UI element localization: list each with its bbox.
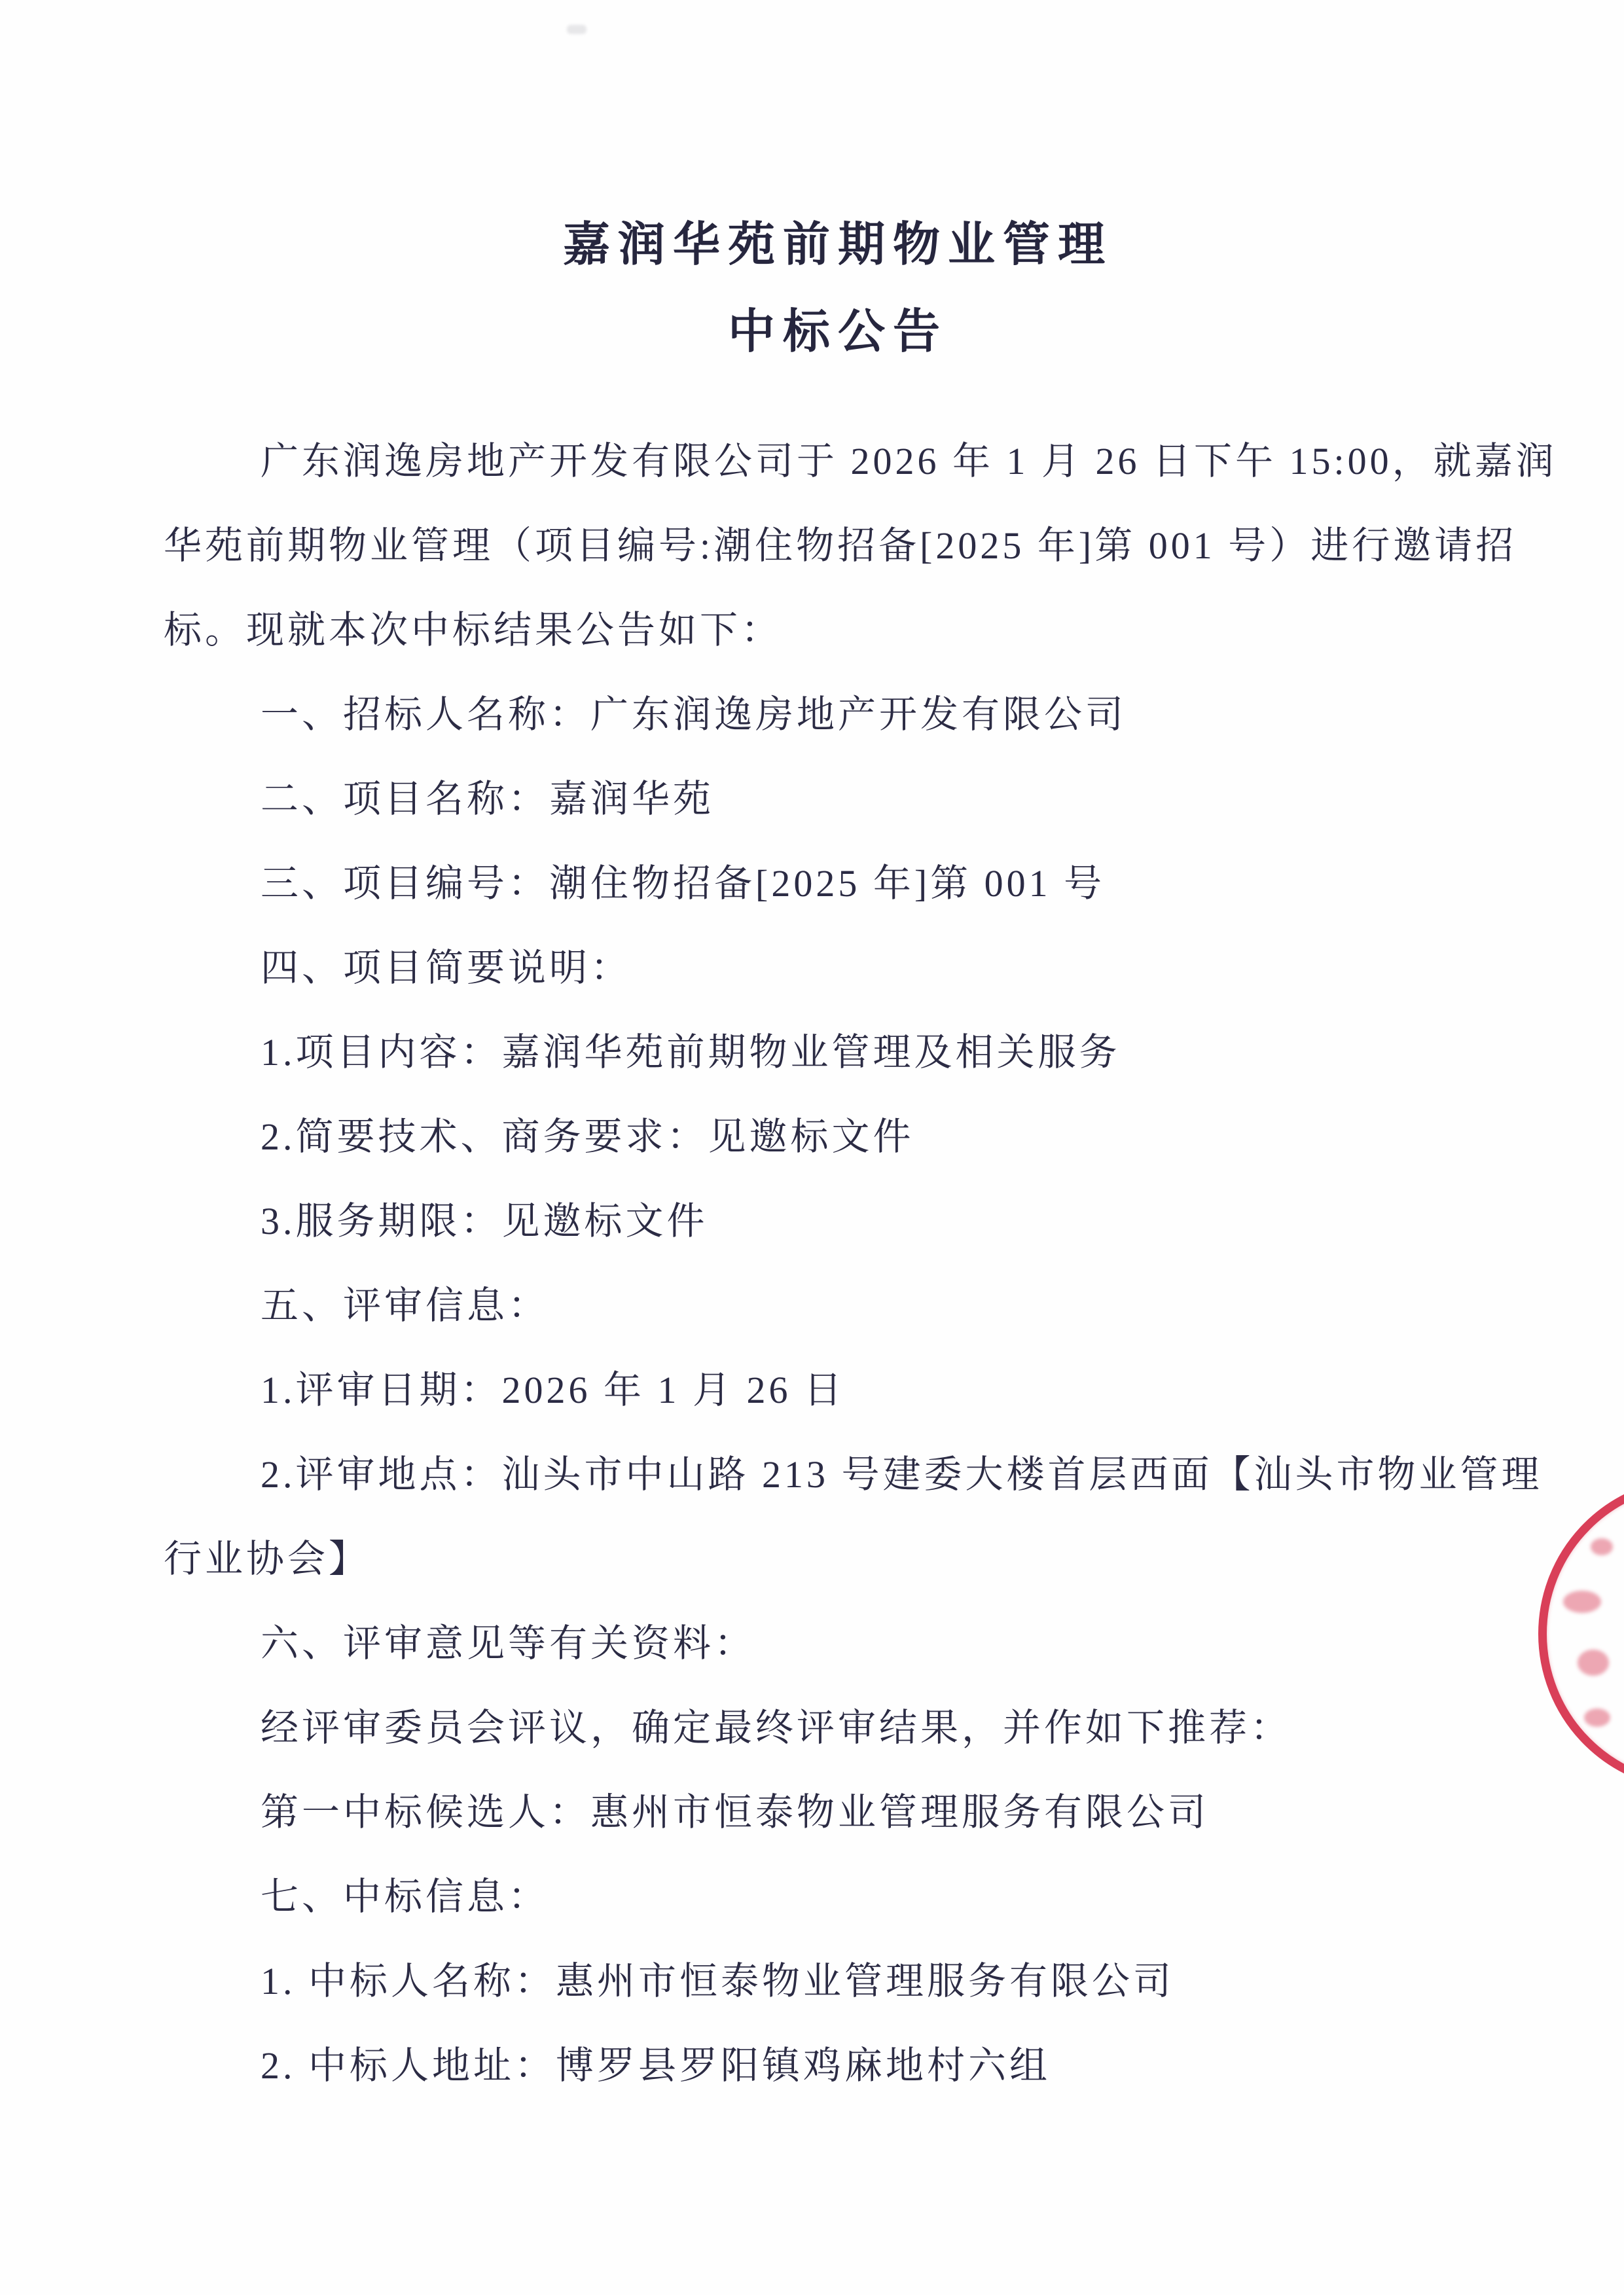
text-line: 2.评审地点：汕头市中山路 213 号建委大楼首层西面【汕头市物业管理 bbox=[164, 1432, 1538, 1517]
text-line: 1. 中标人名称：惠州市恒泰物业管理服务有限公司 bbox=[164, 1939, 1538, 2023]
text-line: 1.项目内容：嘉润华苑前期物业管理及相关服务 bbox=[164, 1010, 1538, 1094]
scanned-document-page: 嘉润华苑前期物业管理 中标公告 广东润逸房地产开发有限公司于 2026 年 1 … bbox=[0, 0, 1624, 2295]
red-seal-stamp bbox=[1538, 1477, 1624, 1790]
text-line: 华苑前期物业管理（项目编号:潮住物招备[2025 年]第 001 号）进行邀请招 bbox=[164, 503, 1538, 588]
seal-ink-speck bbox=[1578, 1650, 1609, 1676]
text-line: 七、中标信息： bbox=[164, 1854, 1538, 1939]
text-line: 行业协会】 bbox=[164, 1517, 1538, 1601]
text-line: 1.评审日期：2026 年 1 月 26 日 bbox=[164, 1348, 1538, 1432]
scan-smudge-artifact bbox=[567, 25, 586, 34]
seal-ink-speck bbox=[1591, 1538, 1613, 1555]
text-line: 三、项目编号：潮住物招备[2025 年]第 001 号 bbox=[164, 841, 1538, 926]
text-line: 一、招标人名称：广东润逸房地产开发有限公司 bbox=[164, 672, 1538, 757]
seal-ink-speck bbox=[1584, 1708, 1610, 1727]
document-title-line1: 嘉润华苑前期物业管理 bbox=[190, 206, 1486, 274]
text-line: 2.简要技术、商务要求：见邀标文件 bbox=[164, 1094, 1538, 1179]
text-line: 第一中标候选人：惠州市恒泰物业管理服务有限公司 bbox=[164, 1770, 1538, 1854]
document-lines: 广东润逸房地产开发有限公司于 2026 年 1 月 26 日下午 15:00，就… bbox=[164, 419, 1538, 2108]
document-title-line2: 中标公告 bbox=[190, 293, 1486, 361]
text-line: 标。现就本次中标结果公告如下： bbox=[164, 588, 1538, 672]
text-line: 四、项目简要说明： bbox=[164, 926, 1538, 1010]
seal-ink-speck bbox=[1563, 1591, 1601, 1613]
text-line: 经评审委员会评议，确定最终评审结果，并作如下推荐： bbox=[164, 1686, 1538, 1770]
text-line: 广东润逸房地产开发有限公司于 2026 年 1 月 26 日下午 15:00，就… bbox=[164, 419, 1538, 503]
text-line: 六、评审意见等有关资料： bbox=[164, 1601, 1538, 1686]
text-line: 2. 中标人地址：博罗县罗阳镇鸡麻地村六组 bbox=[164, 2023, 1538, 2108]
text-line: 二、项目名称：嘉润华苑 bbox=[164, 757, 1538, 841]
text-line: 五、评审信息： bbox=[164, 1263, 1538, 1348]
text-line: 3.服务期限：见邀标文件 bbox=[164, 1179, 1538, 1263]
